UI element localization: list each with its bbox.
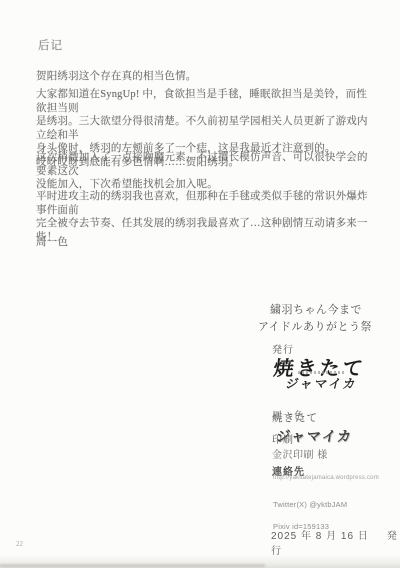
afterword-paragraph-1: 贺阳绣羽这个存在真的相当色情。: [36, 70, 372, 84]
afterword-paragraph-3: 这次稍微加入了一点接吻魔元素，不过擅长模仿声音、可以很快学会的要素这次 没能加入…: [36, 151, 376, 192]
event-name-line-1: 繍羽ちゃん今まで: [270, 301, 362, 317]
afterword-title: 后记: [38, 40, 63, 54]
publish-date: 2025 年 8 月 16 日: [271, 531, 369, 542]
printer-name: 金沢印刷 様: [272, 446, 328, 461]
event-name-line-2: アイドルありがとう祭: [258, 318, 372, 334]
publish-date-line: 2025 年 8 月 16 日発行: [271, 516, 400, 557]
scanned-afterword-page: 后记 贺阳绣羽这个存在真的相当色情。 大家都知道在SyngUp! 中，食欲担当是…: [0, 0, 400, 568]
afterword-signature: 周一色: [36, 236, 68, 250]
twitter-handle: Twitter(X) @yktbJAM: [273, 499, 347, 510]
author-name: 周一色: [272, 407, 305, 422]
printer-label: 印刷: [272, 431, 294, 446]
page-number: 22: [16, 540, 23, 548]
afterword-paragraph-4: 平时进攻主动的绣羽我也喜欢，但那种在手毬或类似手毬的常识外爆炸事件面前 完全被夺…: [36, 190, 376, 244]
scan-bottom-shadow: [0, 554, 400, 568]
website-url: http://yakitatejamaica.wordpress.com: [273, 475, 379, 481]
